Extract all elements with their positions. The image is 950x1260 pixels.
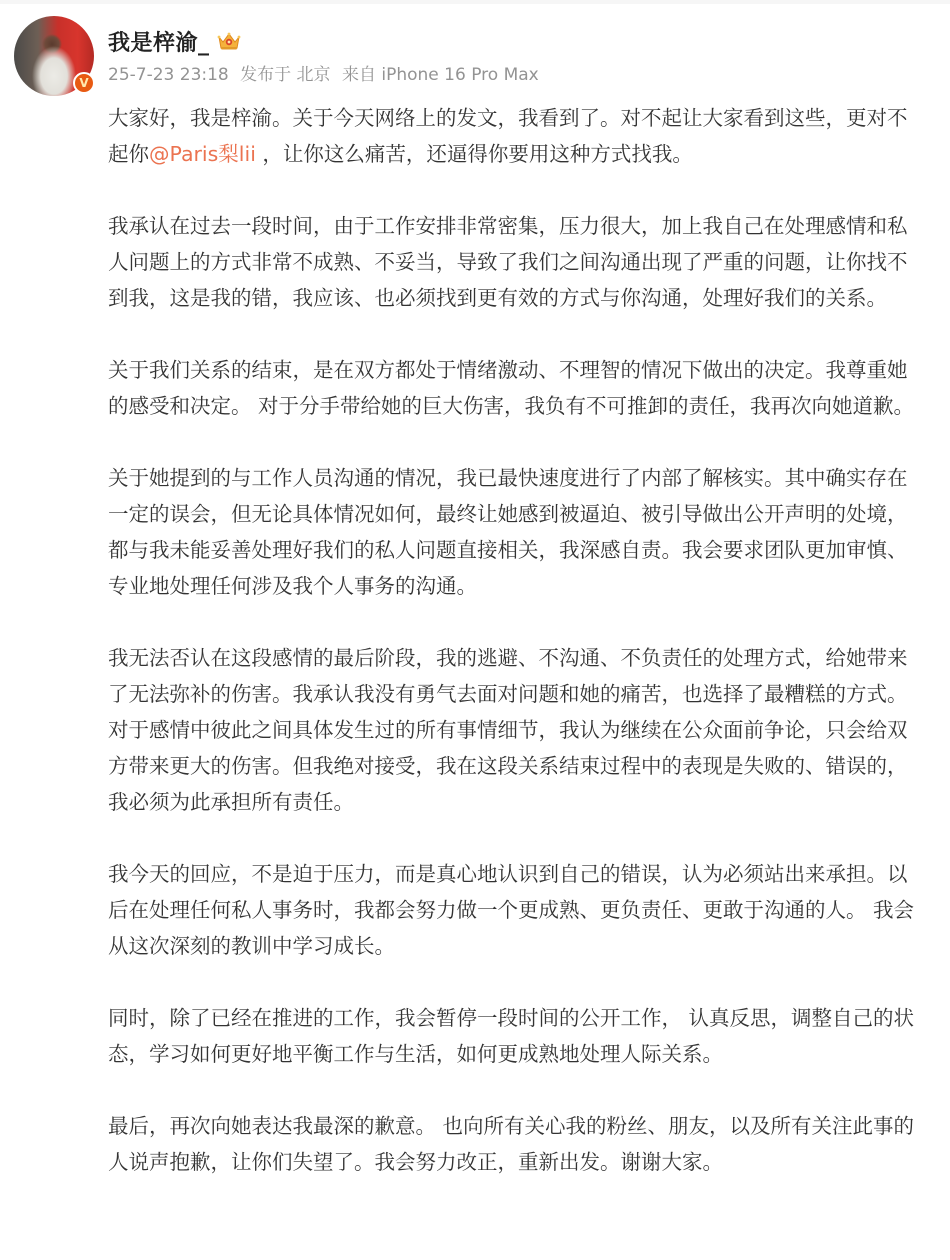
paragraph-6: 我今天的回应，不是迫于压力，而是真心地认识到自己的错误，认为必须站出来承担。以后… [108,856,923,964]
top-divider [0,0,950,4]
paragraph-4: 关于她提到的与工作人员沟通的情况，我已最快速度进行了内部了解核实。其中确实存在一… [108,460,923,604]
paragraph-1: 大家好，我是梓渝。关于今天网络上的发文，我看到了。对不起让大家看到这些，更对不起… [108,100,923,172]
post-header: V 我是梓渝_ 25-7-23 23:18 [14,16,545,96]
username-link[interactable]: 我是梓渝_ [108,26,210,57]
name-row: 我是梓渝_ [108,26,545,56]
paragraph-5: 我无法否认在这段感情的最后阶段，我的逃避、不沟通、不负责任的处理方式，给她带来了… [108,640,923,820]
post-meta: 25-7-23 23:18 发布于 北京 来自 iPhone 16 Pro Ma… [108,60,545,85]
paragraph-text: ，让你这么痛苦，还逼得你要用这种方式找我。 [256,142,693,166]
paragraph-3: 关于我们关系的结束，是在双方都处于情绪激动、不理智的情况下做出的决定。我尊重她的… [108,352,923,424]
paragraph-7: 同时，除了已经在推进的工作，我会暂停一段时间的公开工作， 认真反思，调整自己的状… [108,1000,923,1072]
paragraph-8: 最后，再次向她表达我最深的歉意。 也向所有关心我的粉丝、朋友，以及所有关注此事的… [108,1108,923,1180]
avatar-container[interactable]: V [14,16,94,96]
post-source: 来自 iPhone 16 Pro Max [342,65,539,85]
paragraph-2: 我承认在过去一段时间，由于工作安排非常密集，压力很大，加上我自己在处理感情和私人… [108,208,923,316]
post-location: 发布于 北京 [240,65,330,85]
author-meta: 我是梓渝_ 25-7-23 23:18 发布于 北京 来自 i [108,16,545,85]
verified-v-icon: V [73,72,95,94]
weibo-post: V 我是梓渝_ 25-7-23 23:18 [0,0,950,1260]
crown-membership-icon[interactable] [216,30,242,52]
post-body: 大家好，我是梓渝。关于今天网络上的发文，我看到了。对不起让大家看到这些，更对不起… [108,100,923,1216]
post-timestamp[interactable]: 25-7-23 23:18 [108,65,229,85]
mention-link[interactable]: @Paris梨lii [149,142,256,166]
